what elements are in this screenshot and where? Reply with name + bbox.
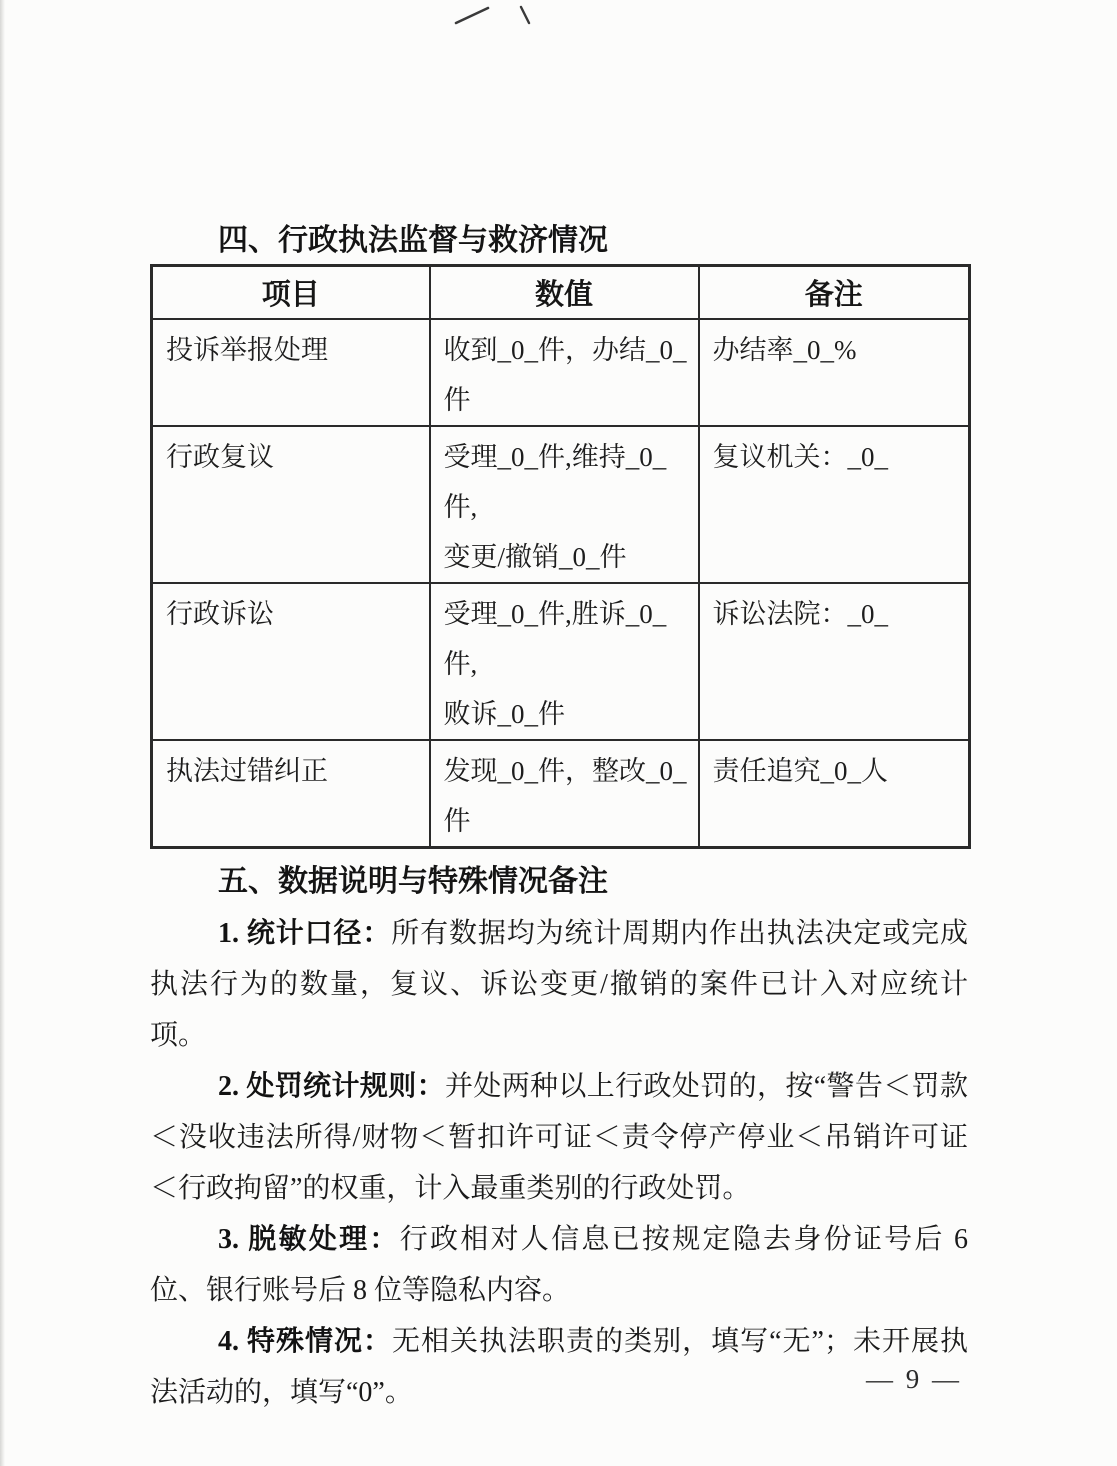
col-header-value: 数值 (430, 266, 699, 319)
note-1-label: 1. 统计口径： (218, 918, 391, 949)
cell-item: 执法过错纠正 (152, 740, 430, 848)
scan-edge-shadow (0, 0, 5, 1466)
section5-heading: 五、数据说明与特殊情况备注 (218, 865, 968, 899)
page-number: — 9 — (866, 1364, 962, 1395)
col-header-item: 项目 (152, 266, 430, 319)
note-3-label: 3. 脱敏处理： (218, 1224, 400, 1255)
note-3: 3. 脱敏处理：行政相对人信息已按规定隐去身份证号后 6 位、银行账号后 8 位… (150, 1214, 968, 1316)
cell-value: 发现_0_件，整改_0_件 (430, 740, 699, 848)
supervision-remedy-table: 项目 数值 备注 投诉举报处理 收到_0_件，办结_0_件 办结率_0_% 行政… (150, 264, 971, 849)
col-header-remark: 备注 (699, 266, 970, 319)
cell-item: 行政诉讼 (152, 583, 430, 740)
scanned-document-page: 四、行政执法监督与救济情况 项目 数值 备注 投诉举报处理 收到_0_件，办结_… (0, 0, 1117, 1466)
cell-item: 投诉举报处理 (152, 319, 430, 426)
note-4: 4. 特殊情况：无相关执法职责的类别，填写“无”；未开展执法活动的，填写“0”。 (150, 1316, 968, 1418)
table-row-complaints: 投诉举报处理 收到_0_件，办结_0_件 办结率_0_% (152, 319, 970, 426)
cell-item: 行政复议 (152, 426, 430, 583)
cell-remark: 诉讼法院：_0_ (699, 583, 970, 740)
cell-value: 受理_0_件,胜诉_0_件, 败诉_0_件 (430, 583, 699, 740)
note-1: 1. 统计口径：所有数据均为统计周期内作出执法决定或完成执法行为的数量，复议、诉… (150, 908, 968, 1061)
cell-remark: 责任追究_0_人 (699, 740, 970, 848)
page-content: 四、行政执法监督与救济情况 项目 数值 备注 投诉举报处理 收到_0_件，办结_… (150, 0, 968, 1418)
section4-heading: 四、行政执法监督与救济情况 (218, 224, 968, 258)
cell-value: 收到_0_件，办结_0_件 (430, 319, 699, 426)
cell-remark: 复议机关：_0_ (699, 426, 970, 583)
cell-remark: 办结率_0_% (699, 319, 970, 426)
table-row-litigation: 行政诉讼 受理_0_件,胜诉_0_件, 败诉_0_件 诉讼法院：_0_ (152, 583, 970, 740)
note-4-label: 4. 特殊情况： (218, 1326, 392, 1357)
note-2: 2. 处罚统计规则：并处两种以上行政处罚的，按“警告＜罚款＜没收违法所得/财物＜… (150, 1061, 968, 1214)
cell-value: 受理_0_件,维持_0_件, 变更/撤销_0_件 (430, 426, 699, 583)
table-header-row: 项目 数值 备注 (152, 266, 970, 319)
table-row-reconsideration: 行政复议 受理_0_件,维持_0_件, 变更/撤销_0_件 复议机关：_0_ (152, 426, 970, 583)
note-2-label: 2. 处罚统计规则： (218, 1071, 445, 1102)
table-row-error-correction: 执法过错纠正 发现_0_件，整改_0_件 责任追究_0_人 (152, 740, 970, 848)
notes-block: 1. 统计口径：所有数据均为统计周期内作出执法决定或完成执法行为的数量，复议、诉… (150, 908, 968, 1418)
